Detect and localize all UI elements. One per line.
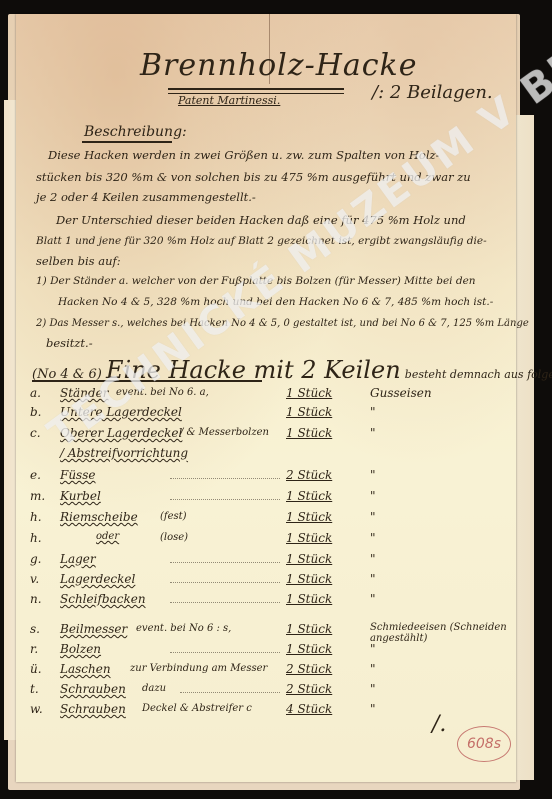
- leader-dots: [170, 552, 280, 563]
- part-name: oder: [96, 531, 119, 542]
- part-row: c. Oberer Lagerdeckel / & Messerbolzen 1…: [30, 426, 510, 444]
- part-material: Schmiedeeisen (Schneiden angestählt): [370, 622, 510, 644]
- part-name: Lagerdeckel: [60, 572, 135, 586]
- part-letter: t.: [30, 682, 50, 696]
- paragraph-line: Hacken No 4 & 5, 328 %m hoch und bei den…: [58, 296, 493, 308]
- part-material: ": [370, 642, 376, 656]
- part-quantity: 1 Stück: [286, 592, 332, 606]
- part-row: a. Ständer event. bei No 6. a, 1 Stück G…: [30, 386, 510, 404]
- part-note: (fest): [160, 511, 187, 522]
- part-note: / & Messerbolzen: [180, 427, 269, 438]
- paragraph-line: Blatt 1 und jene für 320 %m Holz auf Bla…: [36, 235, 487, 247]
- part-name: Riemscheibe: [60, 510, 138, 524]
- part-material: ": [370, 702, 376, 716]
- part-note: event. bei No 6 : s,: [136, 623, 231, 634]
- document-title: Brennholz-Hacke: [140, 48, 418, 83]
- part-quantity: 2 Stück: [286, 682, 332, 696]
- part-material: ": [370, 405, 376, 419]
- part-material: ": [370, 426, 376, 440]
- attachments-note: /: 2 Beilagen.: [372, 82, 493, 103]
- part-quantity: 1 Stück: [286, 622, 332, 636]
- part-letter: s.: [30, 622, 50, 636]
- part-name: Bolzen: [60, 642, 101, 656]
- part-row: m. Kurbel 1 Stück ": [30, 489, 510, 507]
- parts-heading-suffix: besteht demnach aus folgenden Teilen:: [405, 368, 552, 381]
- part-row: g. Lager 1 Stück ": [30, 552, 510, 570]
- part-quantity: 4 Stück: [286, 702, 332, 716]
- part-name: / Abstreifvorrichtung: [60, 446, 188, 460]
- part-material: ": [370, 468, 376, 482]
- section-underline: [82, 141, 172, 143]
- part-material: ": [370, 592, 376, 606]
- part-letter: v.: [30, 572, 50, 586]
- paragraph-line: Der Unterschied dieser beiden Hacken daß…: [56, 213, 466, 227]
- part-name: Untere Lagerdeckel: [60, 405, 182, 419]
- part-name: Laschen: [60, 662, 111, 676]
- part-row: t. Schrauben dazu 2 Stück ": [30, 682, 510, 700]
- part-letter: n.: [30, 592, 50, 606]
- part-name: Oberer Lagerdeckel: [60, 426, 182, 440]
- paragraph-line: besitzt.-: [46, 336, 93, 350]
- part-material: ": [370, 572, 376, 586]
- leader-dots: [170, 592, 280, 603]
- part-note: (lose): [160, 532, 188, 543]
- part-material: ": [370, 489, 376, 503]
- part-row: ü. Laschen zur Verbindung am Messer 2 St…: [30, 662, 510, 680]
- part-material: Gusseisen: [370, 386, 432, 400]
- document-subtitle: Patent Martinessi.: [178, 94, 280, 107]
- part-material: ": [370, 682, 376, 696]
- part-note: dazu: [142, 683, 166, 694]
- part-name: Schleifbacken: [60, 592, 146, 606]
- section-heading: Beschreibung:: [84, 124, 187, 140]
- part-row: e. Füsse 2 Stück ": [30, 468, 510, 486]
- paragraph-line: je 2 oder 4 Keilen zusammengestellt.-: [36, 190, 256, 204]
- leader-dots: [170, 572, 280, 583]
- part-name: Beilmesser: [60, 622, 127, 636]
- leader-dots: [170, 642, 280, 653]
- part-quantity: 1 Stück: [286, 405, 332, 419]
- part-letter: h.: [30, 531, 50, 545]
- part-quantity: 1 Stück: [286, 510, 332, 524]
- part-material: ": [370, 510, 376, 524]
- part-letter: h.: [30, 510, 50, 524]
- closing-mark: /.: [432, 712, 446, 737]
- part-quantity: 2 Stück: [286, 468, 332, 482]
- leader-dots: [180, 682, 280, 693]
- part-quantity: 1 Stück: [286, 426, 332, 440]
- part-row: v. Lagerdeckel 1 Stück ": [30, 572, 510, 590]
- part-name: Ständer: [60, 386, 108, 400]
- part-quantity: 1 Stück: [286, 531, 332, 545]
- part-letter: e.: [30, 468, 50, 482]
- part-row: b. Untere Lagerdeckel " 1 Stück: [30, 405, 510, 423]
- part-row: s. Beilmesser event. bei No 6 : s, 1 Stü…: [30, 622, 510, 640]
- part-quantity: 2 Stück: [286, 662, 332, 676]
- paragraph-line: 2) Das Messer s., welches bei Hacken No …: [36, 318, 529, 329]
- part-name: Schrauben: [60, 682, 126, 696]
- part-note: Deckel & Abstreifer c: [142, 703, 252, 714]
- part-row: r. Bolzen 1 Stück ": [30, 642, 510, 660]
- part-quantity: 1 Stück: [286, 572, 332, 586]
- paragraph-line: 1) Der Ständer a. welcher von der Fußpla…: [36, 275, 476, 287]
- part-name: Schrauben: [60, 702, 126, 716]
- part-row: h. oder (lose) 1 Stück ": [30, 531, 510, 549]
- paragraph-line: stücken bis 320 %m & von solchen bis zu …: [36, 170, 471, 184]
- part-note: zur Verbindung am Messer: [130, 663, 267, 674]
- leader-dots: [170, 468, 280, 479]
- part-row: h. Riemscheibe (fest) 1 Stück ": [30, 510, 510, 528]
- part-quantity: 1 Stück: [286, 642, 332, 656]
- part-name: Füsse: [60, 468, 95, 482]
- parts-heading-underline: [32, 380, 262, 382]
- archive-stamp: 608s: [457, 726, 511, 762]
- part-quantity: 1 Stück: [286, 489, 332, 503]
- part-letter: w.: [30, 702, 50, 716]
- part-note: event. bei No 6. a,: [116, 387, 209, 398]
- part-quantity: 1 Stück: [286, 552, 332, 566]
- part-name: Kurbel: [60, 489, 101, 503]
- paragraph-line: selben bis auf:: [36, 254, 121, 268]
- part-row: n. Schleifbacken 1 Stück ": [30, 592, 510, 610]
- part-material: ": [370, 662, 376, 676]
- part-quantity: 1 Stück: [286, 386, 332, 400]
- part-letter: m.: [30, 489, 50, 503]
- part-letter: c.: [30, 426, 50, 440]
- part-letter: r.: [30, 642, 50, 656]
- part-letter: b.: [30, 405, 50, 419]
- part-letter: g.: [30, 552, 50, 566]
- part-letter: ü.: [30, 662, 50, 676]
- part-row: / Abstreifvorrichtung: [30, 446, 510, 464]
- paragraph-line: Diese Hacken werden in zwei Größen u. zw…: [48, 148, 439, 162]
- part-material: ": [370, 552, 376, 566]
- part-letter: a.: [30, 386, 50, 400]
- part-material: ": [370, 531, 376, 545]
- leader-dots: [170, 489, 280, 500]
- part-name: Lager: [60, 552, 96, 566]
